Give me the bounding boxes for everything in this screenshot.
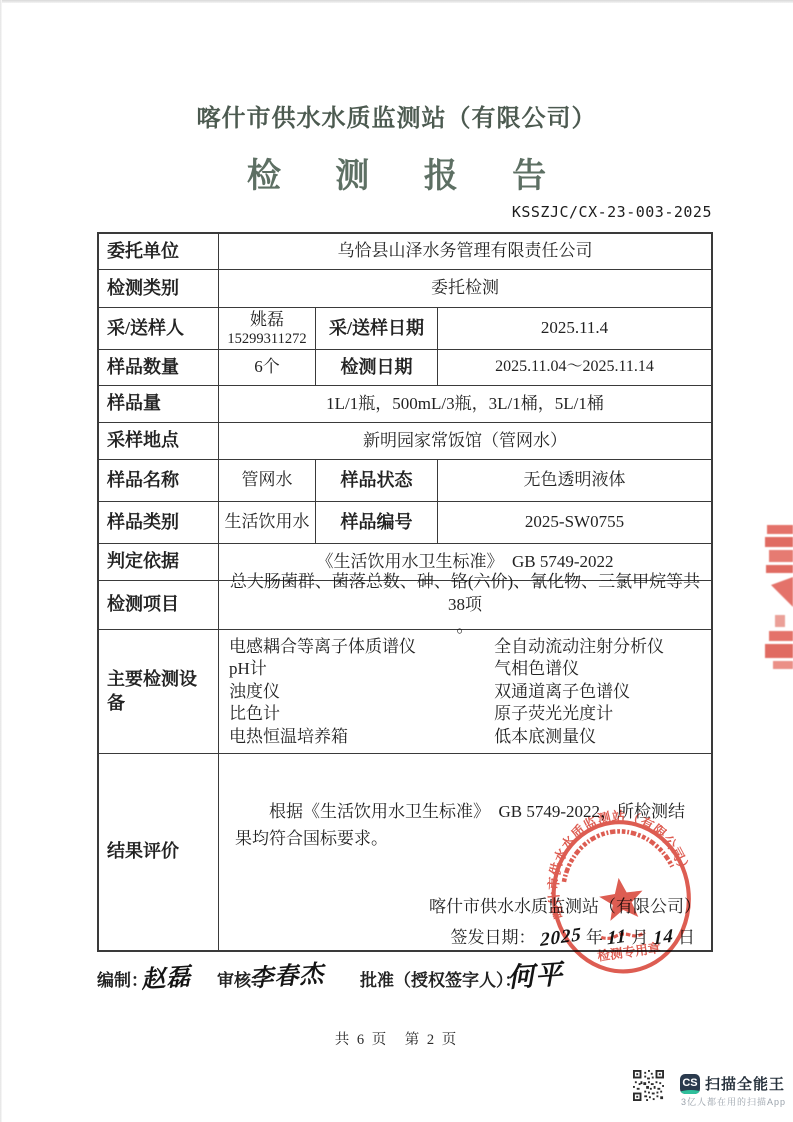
row-label: 结果评价 xyxy=(99,754,219,950)
result-cell: 根据《生活饮用水卫生标准》 GB 5749-2022，所检测结果均符合国标要求。… xyxy=(219,754,711,950)
row-value: 2025.11.04～2025.11.14 xyxy=(438,350,711,385)
result-paragraph: 根据《生活饮用水卫生标准》 GB 5749-2022，所检测结果均符合国标要求。 xyxy=(235,798,695,852)
report-number: KSSZJC/CX-23-003-2025 xyxy=(512,203,712,221)
reviewed-signature: 李春杰 xyxy=(248,953,325,993)
partial-stamp-fragment xyxy=(755,523,793,673)
sampler-phone: 15299311272 xyxy=(227,330,306,348)
qr-code-icon xyxy=(633,1070,664,1101)
row-value: 管网水 xyxy=(219,460,316,501)
table-row-result: 结果评价 根据《生活饮用水卫生标准》 GB 5749-2022，所检测结果均符合… xyxy=(99,754,711,950)
issue-day-handwritten: 14 xyxy=(653,925,674,953)
row-value: 无色透明液体 xyxy=(438,460,711,501)
test-items-cell: 总大肠菌群、菌落总数、砷、铬(六价)、氰化物、三氯甲烷等共38项 。 xyxy=(219,581,711,629)
organization-title: 喀什市供水水质监测站（有限公司） xyxy=(0,98,793,133)
table-row-sample-type: 样品类别 生活饮用水 样品编号 2025-SW0755 xyxy=(99,502,711,544)
sampler-name: 姚磊 xyxy=(250,309,284,330)
equipment-item: 电热恒温培养箱 xyxy=(229,726,494,748)
report-info-table: 委托单位 乌恰县山泽水务管理有限责任公司 检测类别 委托检测 采/送样人 姚磊 … xyxy=(97,232,713,952)
row-value: 2025-SW0755 xyxy=(438,502,711,543)
row-value: 委托检测 xyxy=(219,270,711,307)
row-label: 样品编号 xyxy=(316,502,438,543)
row-value: 新明园家常饭馆（管网水） xyxy=(219,423,711,459)
approved-signature: 何平 xyxy=(506,952,565,995)
row-label: 样品数量 xyxy=(99,350,219,385)
equipment-item: 气相色谱仪 xyxy=(494,658,711,680)
report-title: 检测报告 xyxy=(0,148,793,197)
row-label: 检测日期 xyxy=(316,350,438,385)
scanner-app-name: 扫描全能王 xyxy=(705,1073,785,1094)
table-row-volume: 样品量 1L/1瓶，500mL/3瓶，3L/1桶，5L/1桶 xyxy=(99,386,711,423)
issue-date-label: 签发日期： xyxy=(451,928,536,947)
row-label: 检测类别 xyxy=(99,270,219,307)
equipment-list-right: 全自动流动注射分析仪 气相色谱仪 双通道离子色谱仪 原子荧光光度计 低本底测量仪 xyxy=(494,636,711,748)
row-label: 样品类别 xyxy=(99,502,219,543)
table-row-client: 委托单位 乌恰县山泽水务管理有限责任公司 xyxy=(99,234,711,270)
test-items-line1: 总大肠菌群、菌落总数、砷、铬(六价)、氰化物、三氯甲烷等共38项 xyxy=(223,571,707,617)
result-company-name: 喀什市供水水质监测站（有限公司） xyxy=(223,896,707,918)
issue-year-handwritten: 2025 xyxy=(540,923,582,954)
equipment-item: 低本底测量仪 xyxy=(494,726,711,748)
equipment-item: 电感耦合等离子体质谱仪 xyxy=(229,636,494,658)
row-value: 乌恰县山泽水务管理有限责任公司 xyxy=(219,234,711,269)
table-row-category: 检测类别 委托检测 xyxy=(99,270,711,308)
scanner-app-tagline: 3亿人都在用的扫描App xyxy=(681,1095,786,1108)
row-value: 6个 xyxy=(219,350,316,385)
row-label: 判定依据 xyxy=(99,544,219,580)
sampler-cell: 姚磊 15299311272 xyxy=(219,308,316,349)
row-label: 样品名称 xyxy=(99,460,219,501)
table-row-site: 采样地点 新明园家常饭馆（管网水） xyxy=(99,423,711,460)
cs-logo-icon: CS xyxy=(680,1074,700,1094)
row-value: 1L/1瓶，500mL/3瓶，3L/1桶，5L/1桶 xyxy=(219,386,711,422)
row-value: 2025.11.4 xyxy=(438,308,711,349)
table-row-sample-name: 样品名称 管网水 样品状态 无色透明液体 xyxy=(99,460,711,502)
equipment-item: pH计 xyxy=(229,658,494,680)
table-row-equipment: 主要检测设备 电感耦合等离子体质谱仪 pH计 浊度仪 比色计 电热恒温培养箱 全… xyxy=(99,630,711,754)
approved-label: 批准（授权签字人）： xyxy=(360,966,522,991)
equipment-list-left: 电感耦合等离子体质谱仪 pH计 浊度仪 比色计 电热恒温培养箱 xyxy=(229,636,494,748)
prepared-signature: 赵磊 xyxy=(140,956,192,994)
row-value: 生活饮用水 xyxy=(219,502,316,543)
issue-month-unit: 月 xyxy=(632,928,649,947)
row-label: 主要检测设备 xyxy=(99,630,219,753)
table-row-quantity: 样品数量 6个 检测日期 2025.11.04～2025.11.14 xyxy=(99,350,711,386)
row-label: 采样地点 xyxy=(99,423,219,459)
row-label: 样品状态 xyxy=(316,460,438,501)
issue-day-unit: 日 xyxy=(678,928,695,947)
scanned-report-page: 喀什市供水水质监测站（有限公司） 检测报告 KSSZJC/CX-23-003-2… xyxy=(0,0,793,1122)
row-label: 检测项目 xyxy=(99,581,219,629)
equipment-item: 比色计 xyxy=(229,703,494,725)
row-label: 采/送样日期 xyxy=(316,308,438,349)
table-row-items: 检测项目 总大肠菌群、菌落总数、砷、铬(六价)、氰化物、三氯甲烷等共38项 。 xyxy=(99,581,711,630)
equipment-item: 原子荧光光度计 xyxy=(494,703,711,725)
row-label: 委托单位 xyxy=(99,234,219,269)
row-label: 采/送样人 xyxy=(99,308,219,349)
scanner-watermark: CS 扫描全能王 3亿人都在用的扫描App xyxy=(633,1068,778,1108)
equipment-item: 双通道离子色谱仪 xyxy=(494,681,711,703)
issue-month-handwritten: 11 xyxy=(607,925,627,953)
page-number-info: 共 6 页 第 2 页 xyxy=(0,1028,793,1049)
issue-year-unit: 年 xyxy=(586,928,603,947)
issue-date-line: 签发日期： 2025 年 11 月 14 日 xyxy=(223,926,707,951)
equipment-item: 浊度仪 xyxy=(229,681,494,703)
table-row-sampler: 采/送样人 姚磊 15299311272 采/送样日期 2025.11.4 xyxy=(99,308,711,350)
equipment-cell: 电感耦合等离子体质谱仪 pH计 浊度仪 比色计 电热恒温培养箱 全自动流动注射分… xyxy=(219,630,711,753)
equipment-item: 全自动流动注射分析仪 xyxy=(494,636,711,658)
row-label: 样品量 xyxy=(99,386,219,422)
signature-row: 编制： 赵磊 审核： 李春杰 批准（授权签字人）： 何平 xyxy=(97,958,737,1010)
